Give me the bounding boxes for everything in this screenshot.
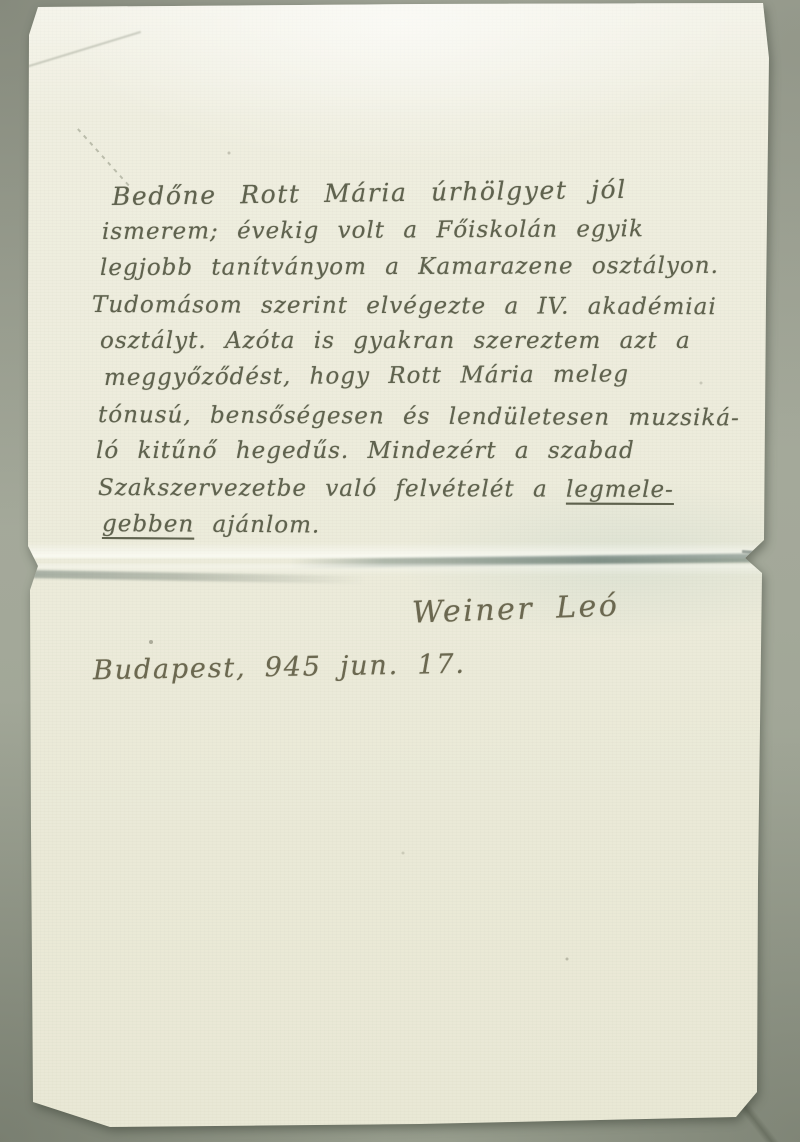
paper-specks [0, 0, 2, 2]
line-text: Bedőne Rott Mária úrhölgyet jól [112, 175, 627, 211]
handwritten-line: legjobb tanítványom a Kamarazene osztály… [100, 253, 732, 292]
handwritten-line: meggyőződést, hogy Rott Mária meleg [104, 361, 732, 402]
letter-body: Bedőne Rott Mária úrhölgyet jól ismerem;… [92, 182, 732, 548]
handwritten-line: osztályt. Azóta is gyakran szereztem azt… [100, 328, 732, 365]
handwritten-line: Tudomásom szerint elvégezte a IV. akadém… [92, 292, 732, 331]
paper-sheen [0, 0, 800, 120]
faint-scratch [77, 128, 130, 187]
photo-background: Bedőne Rott Mária úrhölgyet jól ismerem;… [0, 0, 800, 1142]
letter-paper: Bedőne Rott Mária úrhölgyet jól ismerem;… [0, 0, 800, 1142]
underlined-word: legmele- [566, 476, 674, 502]
line-text: meggyőződést, hogy Rott Mária meleg [104, 361, 629, 391]
signature: Weiner Leó [411, 588, 620, 630]
line-text: ajánlom. [194, 512, 320, 539]
handwritten-line: gebben ajánlom. [102, 511, 732, 552]
line-text: legjobb tanítványom a Kamarazene osztály… [100, 253, 719, 281]
line-text: Tudomásom szerint elvégezte a IV. akadém… [92, 292, 717, 320]
line-text: tónusú, bensőségesen és lendületesen muz… [98, 402, 740, 431]
handwritten-line: tónusú, bensőségesen és lendületesen muz… [98, 402, 732, 442]
letter-paper-shadow: Bedőne Rott Mária úrhölgyet jól ismerem;… [0, 0, 800, 1142]
line-text: ló kitűnő hegedűs. Mindezért a szabad [96, 438, 635, 464]
line-text: ismerem; évekig volt a Főiskolán egyik [102, 216, 644, 245]
underlined-word: gebben [102, 511, 194, 538]
line-text: osztályt. Azóta is gyakran szereztem azt… [100, 328, 691, 354]
handwritten-line: ló kitűnő hegedűs. Mindezért a szabad [96, 438, 732, 475]
handwritten-line: Szakszervezetbe való felvételét a legmel… [98, 475, 732, 514]
dateline: Budapest, 945 jun. 17. [93, 649, 466, 687]
line-text: Szakszervezetbe való felvételét a [98, 475, 566, 503]
handwritten-line: ismerem; évekig volt a Főiskolán egyik [102, 215, 732, 255]
edge-tear [742, 550, 800, 557]
handwritten-line: Bedőne Rott Mária úrhölgyet jól [112, 173, 732, 218]
